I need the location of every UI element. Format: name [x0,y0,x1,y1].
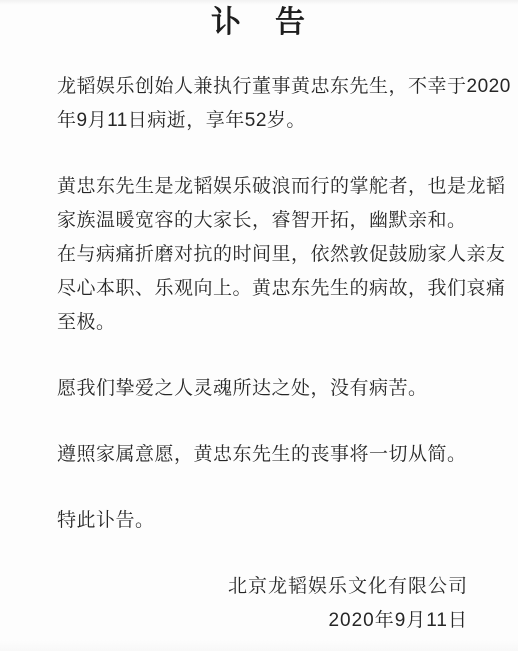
notice-line: 年9月11日病逝，享年52岁。 [57,104,468,138]
paragraph-death-announcement: 龙韬娱乐创始人兼执行董事黄忠东先生，不幸于2020 年9月11日病逝，享年52岁… [57,70,468,138]
notice-line: 特此讣告。 [57,504,468,538]
notice-date: 2020年9月11日 [57,604,468,638]
paragraph-wish: 愿我们挚爱之人灵魂所达之处，没有病苦。 [57,372,468,406]
obituary-notice-page: 讣 告 龙韬娱乐创始人兼执行董事黄忠东先生，不幸于2020 年9月11日病逝，享… [0,0,518,651]
notice-line: 尽心本职、乐观向上。黄忠东先生的病故，我们哀痛 [57,272,468,306]
notice-title: 讣 告 [0,0,518,41]
notice-line: 愿我们挚爱之人灵魂所达之处，没有病苦。 [57,372,468,406]
notice-line: 在与病痛折磨对抗的时间里，依然敦促鼓励家人亲友 [57,238,468,272]
notice-line: 遵照家属意愿，黄忠东先生的丧事将一切从简。 [57,438,468,472]
signature-block: 北京龙韬娱乐文化有限公司 2020年9月11日 [57,570,468,638]
notice-line: 黄忠东先生是龙韬娱乐破浪而行的掌舵者，也是龙韬 [57,170,468,204]
notice-body: 龙韬娱乐创始人兼执行董事黄忠东先生，不幸于2020 年9月11日病逝，享年52岁… [0,70,518,638]
notice-line: 龙韬娱乐创始人兼执行董事黄忠东先生，不幸于2020 [57,70,468,104]
company-name: 北京龙韬娱乐文化有限公司 [57,570,468,604]
paragraph-funeral-arrangement: 遵照家属意愿，黄忠东先生的丧事将一切从简。 [57,438,468,472]
paragraph-tribute: 黄忠东先生是龙韬娱乐破浪而行的掌舵者，也是龙韬 家族温暖宽容的大家长，睿智开拓，… [57,170,468,340]
paragraph-closing: 特此讣告。 [57,504,468,538]
notice-line: 家族温暖宽容的大家长，睿智开拓，幽默亲和。 [57,204,468,238]
notice-line: 至极。 [57,306,468,340]
